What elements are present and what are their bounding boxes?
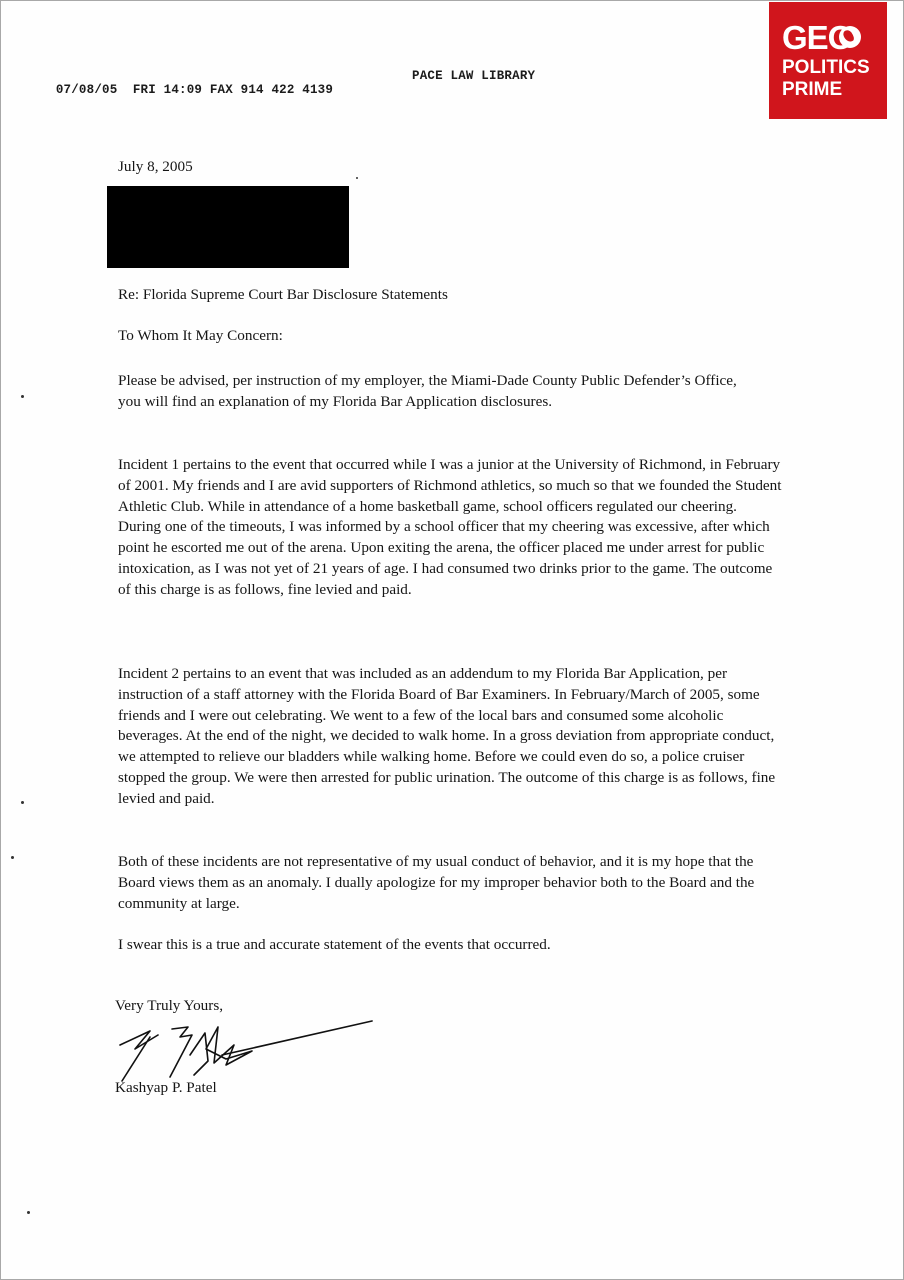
geopolitics-prime-logo: GEO POLITICS PRIME	[769, 2, 887, 119]
logo-line-politics: POLITICS	[782, 58, 870, 78]
paragraph-incident-2: Incident 2 pertains to an event that was…	[118, 664, 786, 810]
scan-speck	[27, 1211, 30, 1214]
paragraph-incident-1: Incident 1 pertains to the event that oc…	[118, 455, 783, 601]
fax-header: 07/08/05 FRI 14:09 FAX 914 422 4139 PACE…	[25, 69, 333, 125]
fax-sender-library: PACE LAW LIBRARY	[412, 69, 535, 83]
letter-closing: Very Truly Yours,	[115, 996, 223, 1017]
logo-line-prime: PRIME	[782, 80, 842, 100]
letter-subject: Re: Florida Supreme Court Bar Disclosure…	[118, 285, 448, 306]
paragraph-attestation: I swear this is a true and accurate stat…	[118, 935, 551, 956]
letter-date: July 8, 2005	[118, 157, 193, 178]
letter-salutation: To Whom It May Concern:	[118, 326, 283, 347]
signer-name: Kashyap P. Patel	[115, 1078, 217, 1099]
scan-speck	[11, 856, 14, 859]
fax-page: 07/08/05 FRI 14:09 FAX 914 422 4139 PACE…	[0, 0, 904, 1280]
paragraph-intro: Please be advised, per instruction of my…	[118, 371, 738, 413]
scan-speck	[21, 395, 24, 398]
scan-speck	[21, 801, 24, 804]
globe-icon	[839, 26, 861, 48]
scan-speck	[356, 177, 358, 179]
redacted-recipient-block	[107, 186, 349, 268]
paragraph-apology: Both of these incidents are not represen…	[118, 852, 763, 914]
handwritten-signature	[110, 1015, 380, 1085]
fax-transmission-line: 07/08/05 FRI 14:09 FAX 914 422 4139	[56, 83, 333, 97]
